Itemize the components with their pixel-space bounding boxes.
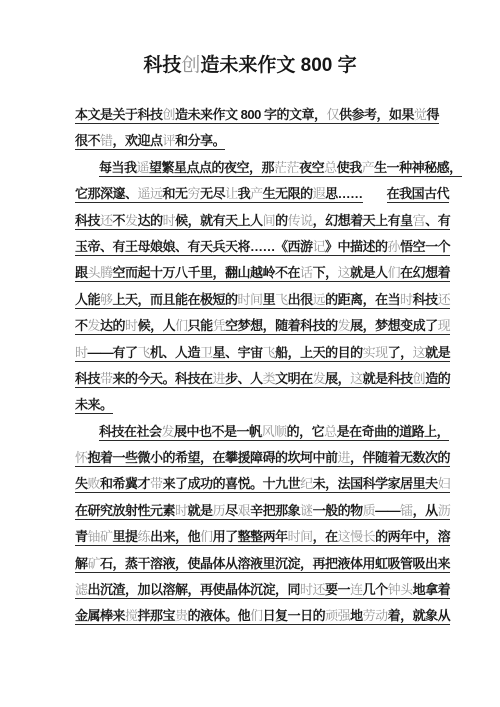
paragraph: 每当我遥望繁星点点的夜空，那茫茫夜空总使我产生一种神秘感，它那深邃、遥远和无穷无…: [75, 155, 431, 419]
paragraph: 科技在社会发展中也不是一帆风顺的，它总是在奇曲的道路上，怀抱着一些微小的希望，在…: [75, 419, 431, 630]
text-line: 金属棒来搅拌那宝贵的液体。他们日复一日的顽强地劳动着，就象从: [75, 603, 431, 629]
text-line: 科技带来的今天。科技在进步、人类文明在发展，这就是科技创造的: [75, 366, 431, 392]
document-body: 本文是关于科技创造未来作文 800 字的文章，仅供参考，如果觉得很不错，欢迎点评…: [75, 102, 431, 630]
indent-spacer: [75, 435, 99, 436]
text-line: 科技在社会发展中也不是一帆风顺的，它总是在奇曲的道路上，: [75, 419, 431, 445]
text-line: 解矿石，蒸干溶液，使晶体从溶液里沉淀，再把液体用虹吸管吸出来: [75, 551, 431, 577]
indent-spacer: [363, 197, 387, 198]
text-line: 怀抱着一些微小的希望，在攀援障碍的坎坷中前进，伴随着无数次的: [75, 445, 431, 471]
indent-spacer: [75, 171, 99, 172]
text-line: 滤出沉渣，加以溶解，再使晶体沉淀，同时还要一连几个钟头地拿着: [75, 577, 431, 603]
text-line: 未来。: [75, 392, 431, 418]
text-line: 玉帝、有王母娘娘、有天兵天将……《西游记》中描述的孙悟空一个: [75, 234, 431, 260]
text-line: 跟头腾空而起十万八千里，翻山越岭不在话下，这就是人们在幻想着: [75, 260, 431, 286]
text-line: 很不错，欢迎点评和分享。: [75, 128, 431, 154]
text-line: 人能够上天，而且能在极短的时间里飞出很远的距离，在当时科技还: [75, 287, 431, 313]
text-line: 它那深邃、遥远和无穷无尽让我产生无限的遐思……在我国古代: [75, 181, 431, 207]
text-line: 科技还不发达的时候，就有天上人间的传说，幻想着天上有皇宫、有: [75, 208, 431, 234]
text-line: 每当我遥望繁星点点的夜空，那茫茫夜空总使我产生一种神秘感，: [75, 155, 431, 181]
text-line: 失败和希冀才带来了成功的喜悦。十九世纪未，法国科学家居里夫妇: [75, 471, 431, 497]
paragraph: 本文是关于科技创造未来作文 800 字的文章，仅供参考，如果觉得很不错，欢迎点评…: [75, 102, 431, 155]
text-line: 青铀矿里提练出来，他们用了整整两年时间，在这慢长的两年中，溶: [75, 524, 431, 550]
text-line: 本文是关于科技创造未来作文 800 字的文章，仅供参考，如果觉得: [75, 102, 431, 128]
text-line: 时——有了飞机、人造卫星、宇宙飞船，上天的目的实现了，这就是: [75, 340, 431, 366]
text-line: 不发达的时候，人们只能凭空梦想，随着科技的发展，梦想变成了现: [75, 313, 431, 339]
document-page: 科技创造未来作文 800 字 本文是关于科技创造未来作文 800 字的文章，仅供…: [0, 0, 500, 707]
text-line: 在研究放射性元素时就是历尽艰辛把那象谜一般的物质——镭，从沥: [75, 498, 431, 524]
document-title: 科技创造未来作文 800 字: [0, 50, 500, 77]
